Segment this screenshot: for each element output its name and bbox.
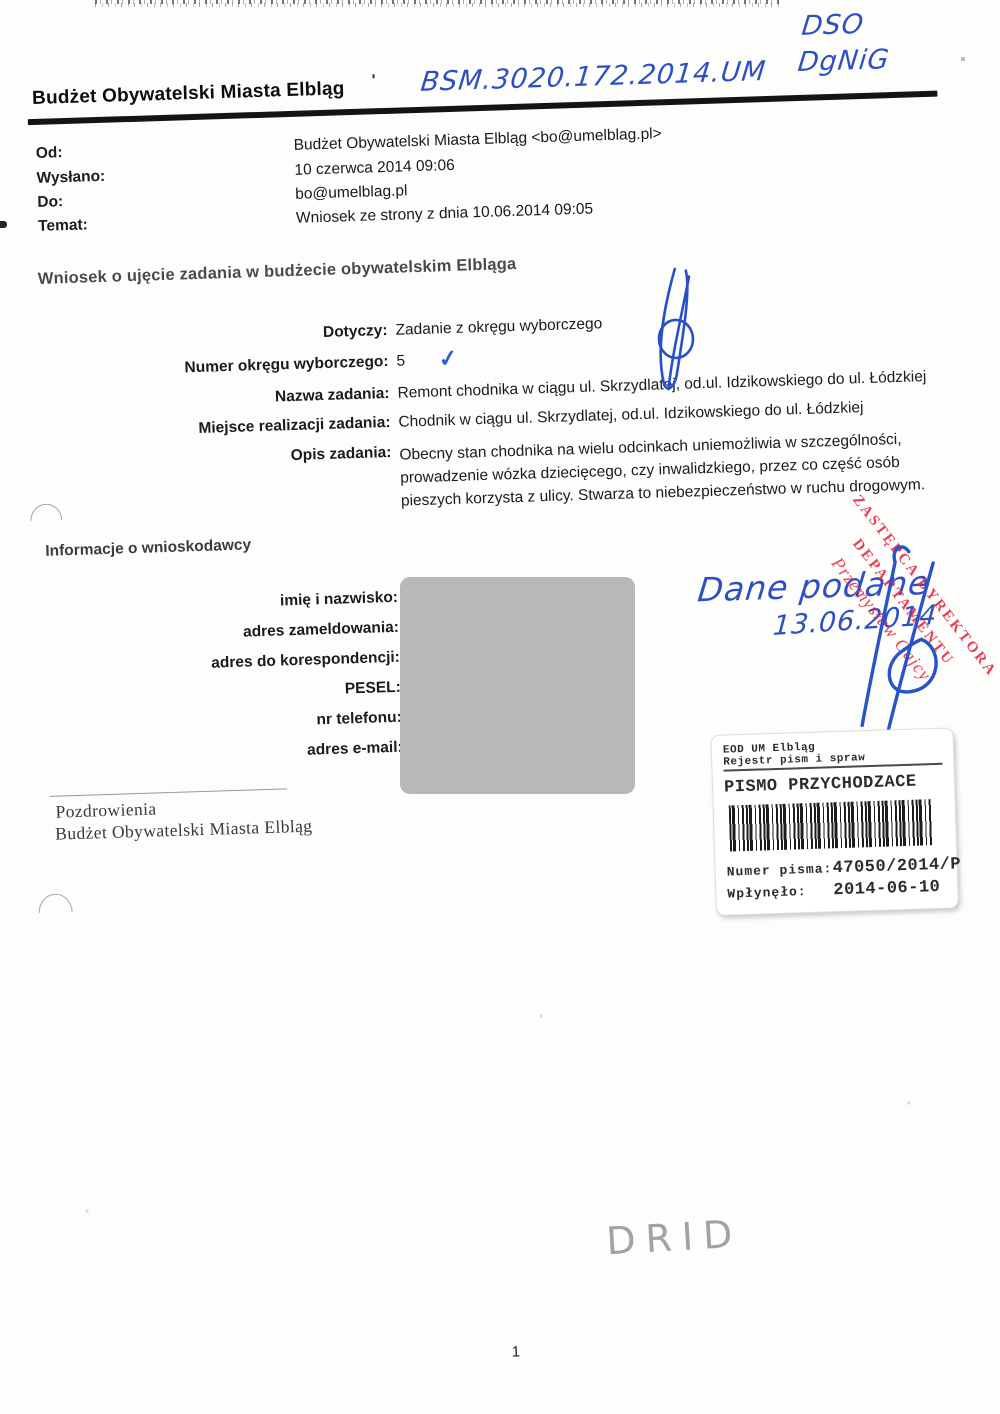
form-row: Dotyczy: Zadanie z okręgu wyborczego	[10, 302, 1000, 333]
email-header-label: Wysłano:	[36, 168, 105, 188]
form-label: Numer okręgu wyborczego:	[184, 353, 389, 377]
handwritten-reference-number: BSM.3020.172.2014.UM	[419, 56, 768, 98]
form-label: Opis zadania:	[290, 444, 391, 465]
scanner-edge-tick	[0, 221, 7, 228]
email-header-value: Budżet Obywatelski Miasta Elbląg <bo@ume…	[293, 125, 662, 155]
routing-note-line1: DSO	[800, 6, 895, 45]
staple-mark-bottom	[38, 893, 73, 913]
form-value: 5	[396, 352, 405, 370]
applicant-label: imię i nazwisko:	[280, 589, 399, 611]
closing-divider	[50, 788, 287, 796]
form-value: Chodnik w ciągu ul. Skrzydlatej, od.ul. …	[398, 399, 864, 432]
form-row: Opis zadania: Obecny stan chodnika na wi…	[14, 424, 1000, 455]
registry-sticker: EOD UM Elbląg Rejestr pism i spraw PISMO…	[710, 727, 959, 916]
form-row: Numer okręgu wyborczego: 5	[11, 333, 1000, 364]
sticker-number-row: Numer pisma: 47050/2014/P	[726, 856, 945, 882]
form-label: Miejsce realizacji zadania:	[198, 414, 391, 438]
email-header-label: Temat:	[38, 216, 88, 236]
applicant-label: PESEL:	[345, 679, 402, 699]
form-value: Zadanie z okręgu wyborczego	[395, 315, 602, 339]
applicant-label: adres e-mail:	[307, 739, 403, 760]
email-header-label: Do:	[37, 193, 63, 212]
redaction-box	[400, 577, 635, 794]
form-row: Nazwa zadania: Remont chodnika w ciągu u…	[12, 365, 1000, 396]
applicant-label: adres do korespondencji:	[211, 649, 400, 673]
closing-greeting: Pozdrowienia	[55, 798, 157, 822]
form-label: Dotyczy:	[323, 322, 388, 342]
signature-scribble	[841, 542, 957, 740]
sticker-received-value: 2014-06-10	[833, 878, 941, 900]
barcode	[729, 799, 933, 851]
pencil-note: DRID	[605, 1212, 743, 1264]
scanned-page: DSO DgNiG Budżet Obywatelski Miasta Elbl…	[0, 0, 1000, 1414]
routing-note-line2: DgNiG	[796, 42, 891, 81]
scan-noise-specks	[0, 0, 2, 2]
checkmark-annotation: ✓	[437, 344, 460, 373]
sticker-received-row: Wpłynęło: 2014-06-10	[727, 878, 946, 904]
scanner-edge-artifact	[95, 0, 780, 8]
applicant-heading: Informacje o wnioskodawcy	[45, 536, 251, 560]
email-header-value: bo@umelblag.pl	[295, 182, 408, 204]
handwritten-routing-note: DSO DgNiG	[796, 6, 895, 81]
sticker-document-type: PISMO PRZYCHODZACE	[724, 772, 943, 798]
initials-scribble	[645, 264, 705, 392]
document-title: Budżet Obywatelski Miasta Elbląg	[32, 78, 345, 110]
staple-mark-top	[30, 503, 63, 521]
sticker-received-label: Wpłynęło:	[727, 883, 833, 901]
sticker-number-value: 47050/2014/P	[832, 855, 961, 878]
email-header-value: 10 czerwca 2014 09:06	[294, 157, 455, 180]
sticker-number-label: Numer pisma:	[727, 861, 833, 879]
form-label: Nazwa zadania:	[275, 385, 390, 407]
applicant-label: nr telefonu:	[316, 709, 402, 730]
request-heading: Wniosek o ujęcie zadania w budżecie obyw…	[37, 255, 516, 289]
email-header-label: Od:	[36, 144, 63, 163]
page-number: 1	[511, 1343, 520, 1360]
applicant-label: adres zameldowania:	[243, 619, 399, 642]
pen-tick-mark: '	[371, 72, 375, 90]
